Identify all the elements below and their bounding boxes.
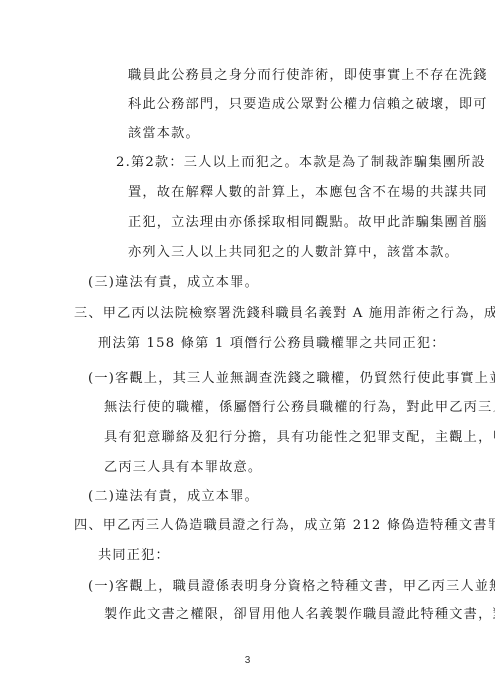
text-line-1: 職員此公務員之身分而行使詐術，即使事實上不存在洗錢 <box>128 68 448 84</box>
text-line-6: 正犯，立法理由亦係採取相同觀點。故甲此詐騙集團首腦 <box>128 215 488 231</box>
text-line-14: 乙丙三人具有本罪故意。 <box>104 460 262 476</box>
text-line-7: 亦列入三人以上共同犯之的人數計算中，該當本款。 <box>128 245 459 261</box>
section-4-heading: 四、甲乙丙三人偽造職員證之行為，成立第 212 條偽造特種文書罪之 <box>74 518 495 534</box>
list-item-2-heading: 2.第2款：三人以上而犯之。本款是為了制裁詐騙集團所設 <box>116 155 486 171</box>
text-line-3: 該當本款。 <box>128 126 200 142</box>
text-line-2: 科此公務部門，只要造成公眾對公權力信賴之破壞，即可 <box>128 97 488 113</box>
document-page: 職員此公務員之身分而行使詐術，即使事實上不存在洗錢 科此公務部門，只要造成公眾對… <box>0 0 495 700</box>
subsection-1b-heading: (一)客觀上，職員證係表明身分資格之特種文書，甲乙丙三人並無 <box>88 579 495 595</box>
text-line-13: 具有犯意聯絡及犯行分擔，具有功能性之犯罪支配，主觀上，甲 <box>104 430 495 446</box>
subsection-2-heading: (二)違法有責，成立本罪。 <box>88 489 259 505</box>
text-line-19: 製作此文書之權限，卻冒用他人名義製作職員證此特種文書，對 <box>104 607 495 623</box>
section-3-heading: 三、甲乙丙以法院檢察署洗錢科職員名義對 A 施用詐術之行為，成立 <box>74 306 495 322</box>
text-line-17: 共同正犯： <box>98 548 170 564</box>
text-line-12: 無法行使的職權，係屬僭行公務員職權的行為，對此甲乙丙三人 <box>104 400 495 416</box>
text-line-5: 置，故在解釋人數的計算上，本應包含不在場的共謀共同 <box>128 185 488 201</box>
subsection-3-heading: (三)違法有責，成立本罪。 <box>88 275 259 291</box>
page-number: 3 <box>0 655 495 666</box>
subsection-1-heading: (一)客觀上，其三人並無調查洗錢之職權，仍貿然行使此事實上並 <box>88 371 495 387</box>
text-line-10: 刑法第 158 條第 1 項僭行公務員職權罪之共同正犯： <box>98 336 446 352</box>
